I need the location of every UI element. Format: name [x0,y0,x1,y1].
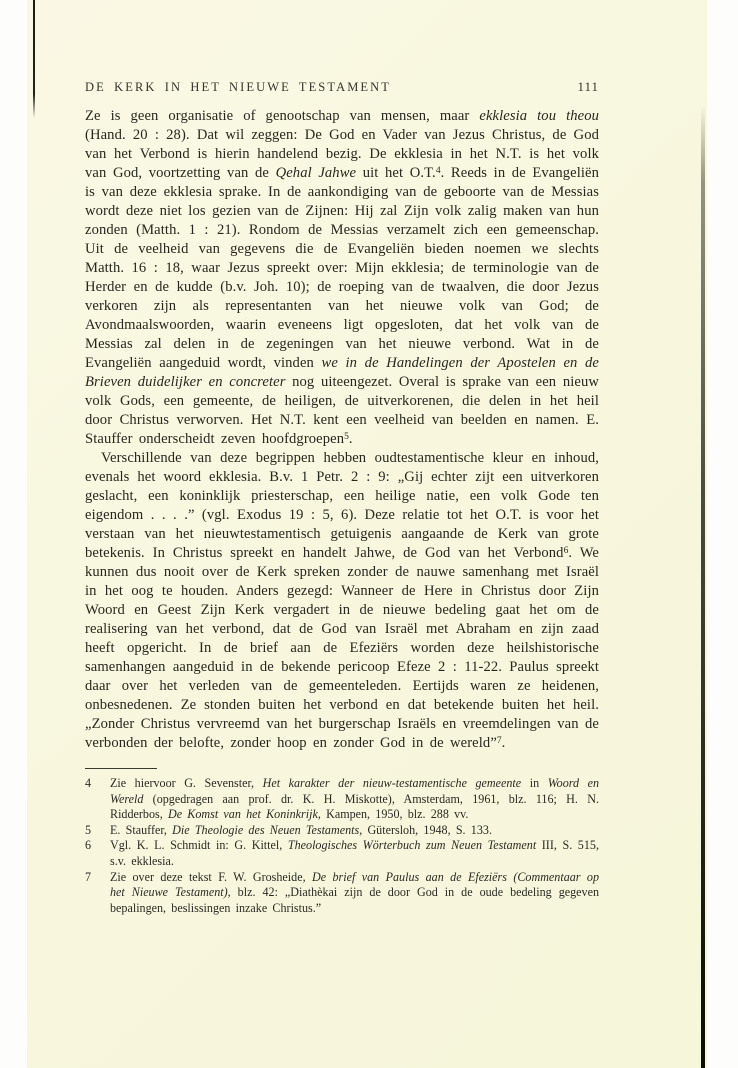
footnote-number: 5 [85,823,110,839]
footnote-text: E. Stauffer, Die Theologie des Neuen Tes… [110,823,599,839]
footnote-5: 5 E. Stauffer, Die Theologie des Neuen T… [85,823,599,839]
footnote-number: 4 [85,776,110,792]
footnote-number: 6 [85,838,110,854]
running-head-title: DE KERK IN HET NIEUWE TESTAMENT [85,80,391,95]
footnote-text: Zie hiervoor G. Sevenster, Het karakter … [110,776,599,823]
footnote-7: 7 Zie over deze tekst F. W. Grosheide, D… [85,870,599,917]
footnote-number: 7 [85,870,110,886]
footnote-text: Vgl. K. L. Schmidt in: G. Kittel, Theolo… [110,838,599,869]
footnote-4: 4 Zie hiervoor G. Sevenster, Het karakte… [85,776,599,823]
page-content: DE KERK IN HET NIEUWE TESTAMENT 111 Ze i… [85,0,599,916]
scan-edge-line [701,105,705,1068]
footnotes: 4 Zie hiervoor G. Sevenster, Het karakte… [85,776,599,916]
paragraph-1: Ze is geen organisatie of genootschap va… [85,107,599,449]
running-head: DE KERK IN HET NIEUWE TESTAMENT 111 [85,79,599,95]
footnote-separator-rule [85,768,157,769]
scanned-book-page: DE KERK IN HET NIEUWE TESTAMENT 111 Ze i… [0,0,738,1068]
body-text: Ze is geen organisatie of genootschap va… [85,107,599,753]
footnote-text: Zie over deze tekst F. W. Grosheide, De … [110,870,599,917]
footnote-6: 6 Vgl. K. L. Schmidt in: G. Kittel, Theo… [85,838,599,869]
page-number: 111 [577,79,599,95]
paragraph-2: Verschillende van deze begrippen hebben … [85,449,599,753]
scan-gutter-line [33,0,35,118]
